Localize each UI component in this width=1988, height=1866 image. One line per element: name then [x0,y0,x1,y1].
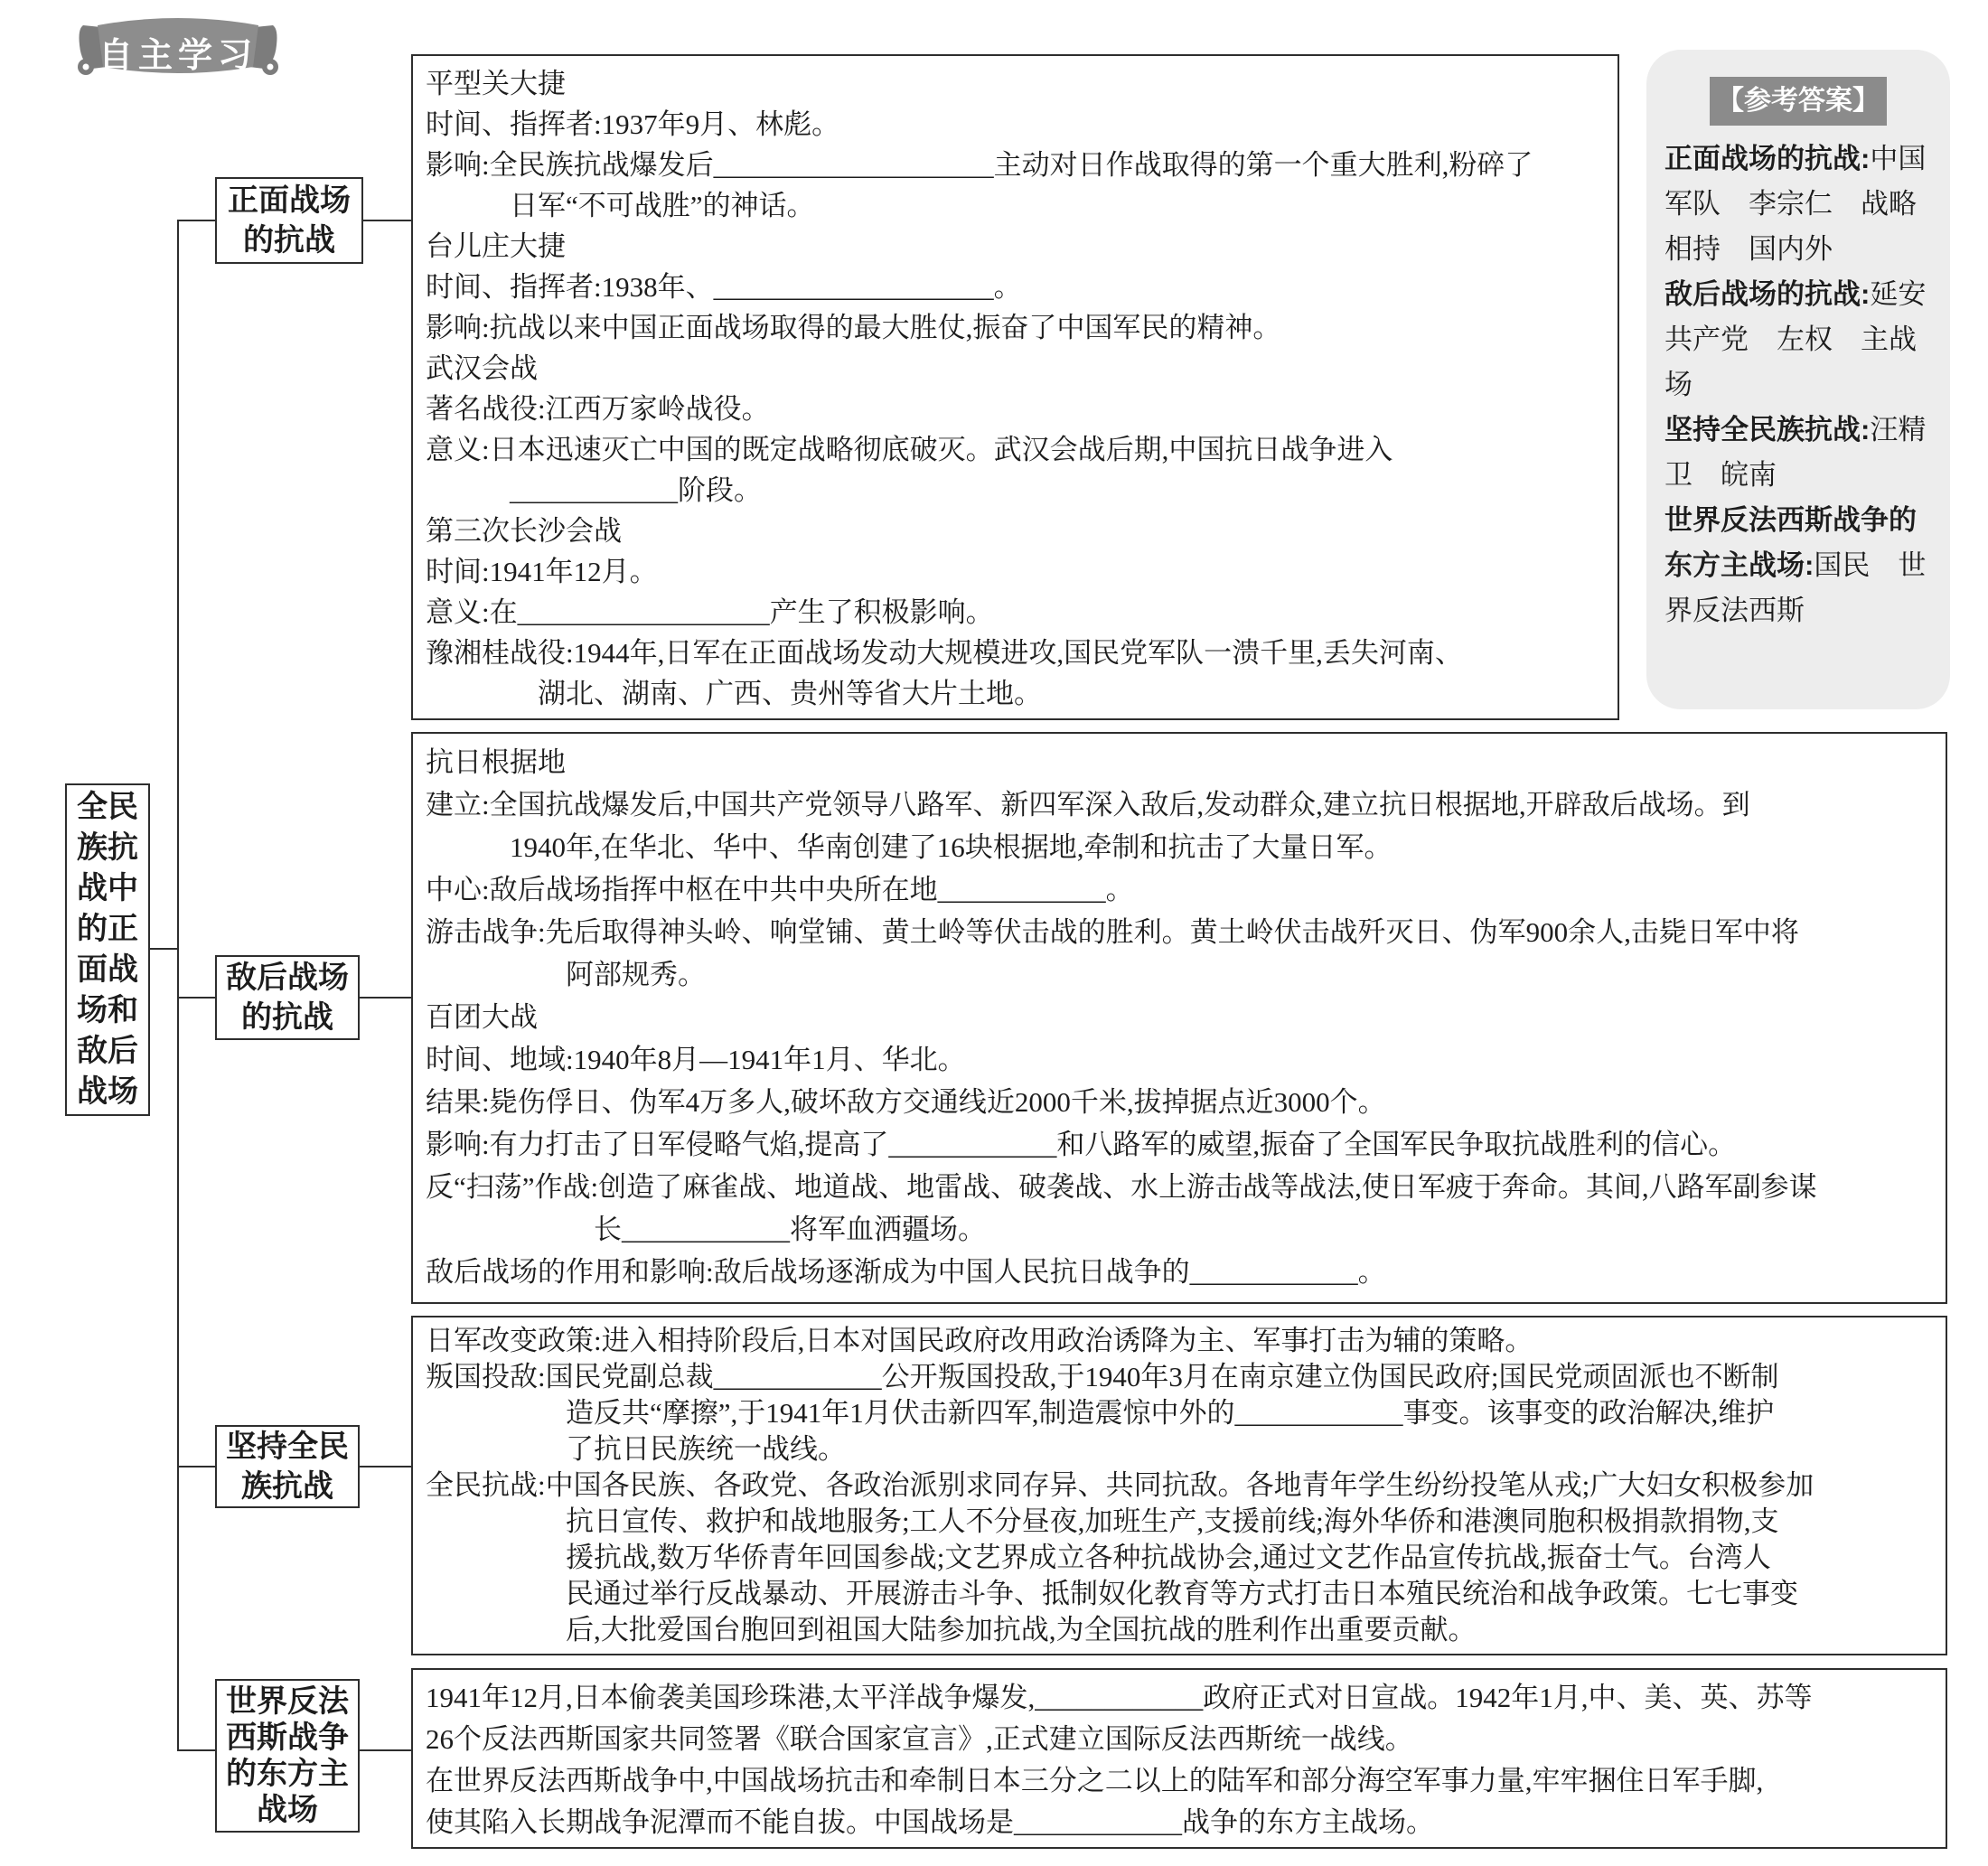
reference-answers-header: 【参考答案】 [1710,77,1887,126]
content-box-national-resistance: 日军改变政策:进入相持阶段后,日本对国民政府改用政治诱降为主、军事打击为辅的策略… [411,1316,1947,1655]
connector-trunk-line [177,220,179,1751]
reference-answer-item: 正面战场的抗战:中国军队 李宗仁 战略相持 国内外 [1664,136,1932,272]
reference-answer-label: 坚持全民族抗战: [1664,414,1870,445]
reference-answer-label: 敌后战场的抗战: [1664,278,1870,310]
content-box-frontal-battlefield: 平型关大捷时间、指挥者:1937年9月、林彪。影响:全民族抗战爆发后______… [411,54,1619,720]
branch-label-enemy-rear-battlefield: 敌后战场 的抗战 [215,955,360,1040]
content-box-enemy-rear-battlefield: 抗日根据地建立:全国抗战爆发后,中国共产党领导八路军、新四军深入敌后,发动群众,… [411,732,1947,1304]
self-study-banner: 自主学习 [70,13,286,85]
text-line: 在世界反法西斯战争中,中国战场抗击和牵制日本三分之二以上的陆军和部分海空军事力量… [426,1760,1933,1802]
text-line: 豫湘桂战役:1944年,日军在正面战场发动大规模进攻,国民党军队一溃千里,丢失河… [426,633,1605,673]
branch-label-national-resistance: 坚持全民 族抗战 [215,1425,360,1508]
text-line: 民通过举行反战暴动、开展游击斗争、抵制奴化教育等方式打击日本殖民统治和战争政策。… [426,1576,1933,1612]
root-topic-box: 全民族抗战中的正面战场和敌后战场 [65,783,150,1116]
text-line: 造反共“摩擦”,于1941年1月伏击新四军,制造震惊中外的___________… [426,1395,1933,1431]
text-line: 叛国投敌:国民党副总裁____________公开叛国投敌,于1940年3月在南… [426,1359,1933,1395]
text-line: 平型关大捷 [426,63,1605,104]
branch-label-frontal-battlefield: 正面战场 的抗战 [215,177,363,264]
text-line: 反“扫荡”作战:创造了麻雀战、地道战、地雷战、破袭战、水上游击战等战法,使日军疲… [426,1166,1933,1208]
connector-trunk-to-branch-4 [177,1749,215,1751]
text-line: 著名战役:江西万家岭战役。 [426,389,1605,429]
text-line: 26个反法西斯国家共同签署《联合国家宣言》,正式建立国际反法西斯统一战线。 [426,1719,1933,1760]
text-line: 援抗战,数万华侨青年回国参战;文艺界成立各种抗战协会,通过文艺作品宣传抗战,振奋… [426,1540,1933,1576]
text-line: 长____________将军血洒疆场。 [426,1208,1933,1251]
reference-answer-label: 正面战场的抗战: [1664,143,1870,174]
connector-trunk-to-branch-2 [177,997,215,999]
text-line: 湖北、湖南、广西、贵州等省大片土地。 [426,673,1605,714]
text-line: 日军“不可战胜”的神话。 [426,185,1605,226]
connector-root-to-trunk [148,948,179,950]
text-line: 意义:日本迅速灭亡中国的既定战略彻底破灭。武汉会战后期,中国抗日战争进入 [426,429,1605,470]
connector-branch-4-to-box [358,1749,411,1751]
banner-label: 自主学习 [70,27,286,77]
text-line: 游击战争:先后取得神头岭、响堂铺、黄土岭等伏击战的胜利。黄土岭伏击战歼灭日、伪军… [426,911,1933,953]
text-line: 敌后战场的作用和影响:敌后战场逐渐成为中国人民抗日战争的____________… [426,1251,1933,1293]
text-line: 时间、指挥者:1937年9月、林彪。 [426,104,1605,145]
reference-answer-item: 世界反法西斯战争的东方主战场:国民 世界反法西斯 [1664,498,1932,633]
connector-branch-2-to-box [358,997,411,999]
text-line: 时间、地域:1940年8月—1941年1月、华北。 [426,1038,1933,1081]
text-line: 全民抗战:中国各民族、各政党、各政治派别求同存异、共同抗敌。各地青年学生纷纷投笔… [426,1467,1933,1504]
text-line: 时间:1941年12月。 [426,551,1605,592]
content-box-eastern-main-battlefield: 1941年12月,日本偷袭美国珍珠港,太平洋战争爆发,____________政… [411,1668,1947,1849]
text-line: 结果:毙伤俘日、伪军4万多人,破坏敌方交通线近2000千米,拔掉据点近3000个… [426,1081,1933,1123]
text-line: 使其陷入长期战争泥潭而不能自拔。中国战场是____________战争的东方主战… [426,1802,1933,1843]
text-line: 1941年12月,日本偷袭美国珍珠港,太平洋战争爆发,____________政… [426,1677,1933,1719]
text-line: 意义:在__________________产生了积极影响。 [426,592,1605,633]
text-line: 中心:敌后战场指挥中枢在中共中央所在地____________。 [426,868,1933,911]
reference-answer-item: 敌后战场的抗战:延安 共产党 左权 主战场 [1664,272,1932,408]
text-line: 抗日宣传、救护和战地服务;工人不分昼夜,加班生产,支援前线;海外华侨和港澳同胞积… [426,1504,1933,1540]
text-line: 日军改变政策:进入相持阶段后,日本对国民政府改用政治诱降为主、军事打击为辅的策略… [426,1323,1933,1359]
connector-branch-3-to-box [358,1466,411,1467]
text-line: 影响:全民族抗战爆发后____________________主动对日作战取得的… [426,145,1605,185]
text-line: 了抗日民族统一战线。 [426,1431,1933,1467]
reference-answers-panel: 【参考答案】 正面战场的抗战:中国军队 李宗仁 战略相持 国内外敌后战场的抗战:… [1646,50,1950,709]
branch-label-eastern-main-battlefield: 世界反法 西斯战争 的东方主 战场 [215,1679,360,1833]
text-line: 影响:有力打击了日军侵略气焰,提高了____________和八路军的威望,振奋… [426,1123,1933,1166]
text-line: 百团大战 [426,996,1933,1038]
text-line: 建立:全国抗战爆发后,中国共产党领导八路军、新四军深入敌后,发动群众,建立抗日根… [426,783,1933,826]
connector-trunk-to-branch-3 [177,1466,215,1467]
text-line: 影响:抗战以来中国正面战场取得的最大胜仗,振奋了中国军民的精神。 [426,307,1605,348]
reference-answer-item: 坚持全民族抗战:汪精卫 皖南 [1664,408,1932,498]
text-line: 台儿庄大捷 [426,226,1605,267]
text-line: 武汉会战 [426,348,1605,389]
text-line: 后,大批爱国台胞回到祖国大陆参加抗战,为全国抗战的胜利作出重要贡献。 [426,1612,1933,1648]
text-line: 第三次长沙会战 [426,511,1605,551]
text-line: 阿部规秀。 [426,953,1933,996]
reference-answers-body: 正面战场的抗战:中国军队 李宗仁 战略相持 国内外敌后战场的抗战:延安 共产党 … [1664,136,1932,633]
text-line: 时间、指挥者:1938年、____________________。 [426,267,1605,307]
text-line: 抗日根据地 [426,741,1933,783]
study-sheet-page: 自主学习 全民族抗战中的正面战场和敌后战场 正面战场 的抗战 敌后战场 的抗战 … [0,0,1988,1866]
text-line: ____________阶段。 [426,470,1605,511]
root-topic-title: 全民族抗战中的正面战场和敌后战场 [76,787,139,1112]
connector-trunk-to-branch-1 [177,220,215,221]
text-line: 1940年,在华北、华中、华南创建了16块根据地,牵制和抗击了大量日军。 [426,826,1933,868]
connector-branch-1-to-box [361,220,411,221]
